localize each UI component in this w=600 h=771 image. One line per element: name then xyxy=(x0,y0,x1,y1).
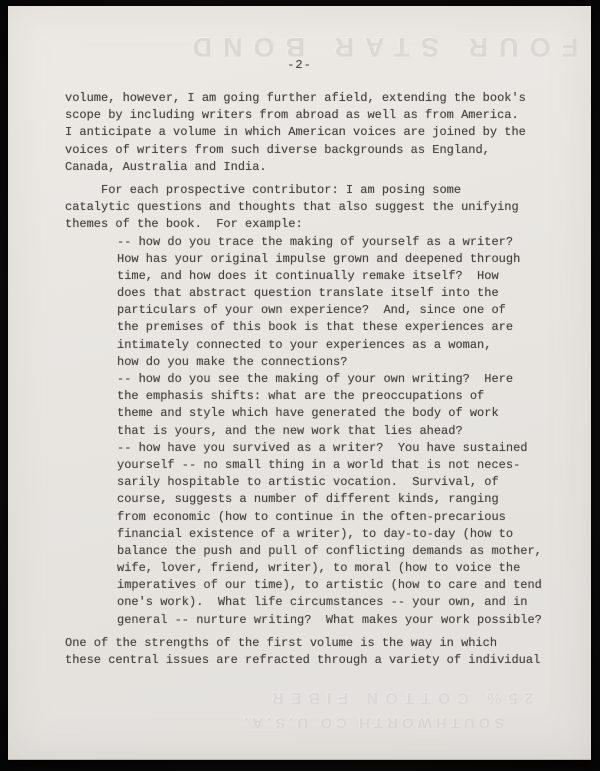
text-line: from economic (how to continue in the of… xyxy=(117,509,570,526)
text-line: volume, however, I am going further afie… xyxy=(65,90,570,107)
paragraph-prospective-contributor: For each prospective contributor: I am p… xyxy=(65,182,570,234)
text-line: voices of writers from such diverse back… xyxy=(65,142,570,159)
text-line: these central issues are refracted throu… xyxy=(65,652,570,669)
text-line: particulars of your own experience? And,… xyxy=(117,302,570,319)
text-line: general -- nurture writing? What makes y… xyxy=(117,612,570,629)
typewritten-text: volume, however, I am going further afie… xyxy=(65,90,570,669)
text-line: One of the strengths of the first volume… xyxy=(65,635,570,652)
paragraph-volume-scope: volume, however, I am going further afie… xyxy=(65,90,570,176)
text-line: yourself -- no small thing in a world th… xyxy=(117,457,570,474)
text-line: For each prospective contributor: I am p… xyxy=(65,182,570,199)
scan-background: FOUR STAR BOND -2- volume, however, I am… xyxy=(0,0,600,771)
text-line: financial existence of a writer), to day… xyxy=(117,526,570,543)
text-line: intimately connected to your experiences… xyxy=(117,337,570,354)
text-line: that is yours, and the new work that lie… xyxy=(117,423,570,440)
text-line: scope by including writers from abroad a… xyxy=(65,107,570,124)
text-line: course, suggests a number of different k… xyxy=(117,491,570,508)
letter-page: FOUR STAR BOND -2- volume, however, I am… xyxy=(8,6,591,759)
paragraph-first-volume-strengths: One of the strengths of the first volume… xyxy=(65,635,570,669)
text-line: catalytic questions and thoughts that al… xyxy=(65,199,570,216)
page-number: -2- xyxy=(8,57,591,74)
text-line: does that abstract question translate it… xyxy=(117,285,570,302)
text-line: the premises of this book is that these … xyxy=(117,319,570,336)
text-line: How has your original impulse grown and … xyxy=(117,251,570,268)
text-line: one's work). What life circumstances -- … xyxy=(117,594,570,611)
text-line: -- how do you trace the making of yourse… xyxy=(117,234,570,251)
text-line: themes of the book. For example: xyxy=(65,216,570,233)
text-line: I anticipate a volume in which American … xyxy=(65,124,570,141)
text-line: -- how do you see the making of your own… xyxy=(117,371,570,388)
text-line: time, and how does it continually remake… xyxy=(117,268,570,285)
text-line: -- how have you survived as a writer? Yo… xyxy=(117,440,570,457)
text-line: theme and style which have generated the… xyxy=(117,405,570,422)
watermark-cotton-fiber: 25% COTTON FIBER xyxy=(253,688,545,706)
text-line: Canada, Australia and India. xyxy=(65,159,570,176)
question-block: -- how do you trace the making of yourse… xyxy=(65,234,570,629)
text-line: sarily hospitable to artistic vocation. … xyxy=(117,474,570,491)
text-line: balance the push and pull of conflicting… xyxy=(117,543,570,560)
watermark-southworth: SOUTHWORTH CO U.S.A. xyxy=(225,714,519,731)
text-line: how do you make the connections? xyxy=(117,354,570,371)
text-line: the emphasis shifts: what are the preocc… xyxy=(117,388,570,405)
text-line: imperatives of our time), to artistic (h… xyxy=(117,577,570,594)
text-line: wife, lover, friend, writer), to moral (… xyxy=(117,560,570,577)
